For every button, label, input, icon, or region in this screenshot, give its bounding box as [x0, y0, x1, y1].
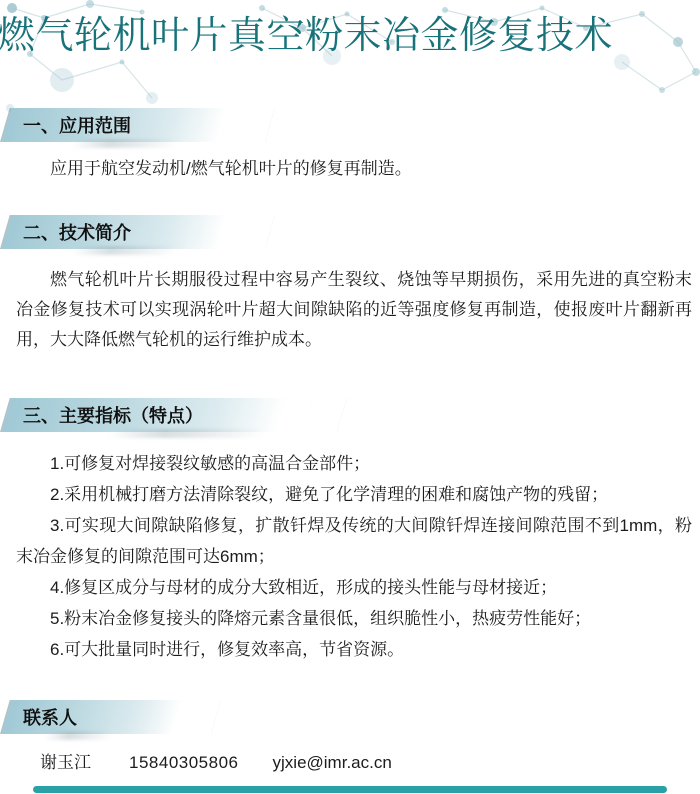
feature-item: 3.可实现大间隙缺陷修复，扩散钎焊及传统的大间隙钎焊连接间隙范围不到1mm，粉末… — [16, 510, 692, 572]
feature-item: 2.采用机械打磨方法清除裂纹，避免了化学清理的困难和腐蚀产物的残留； — [16, 479, 692, 510]
section-heading-label: 一、应用范围 — [23, 112, 131, 138]
tech-intro-text: 燃气轮机叶片长期服役过程中容易产生裂纹、烧蚀等早期损伤，采用先进的真空粉末冶金修… — [16, 265, 692, 355]
contact-row: 谢玉江 15840305806 yjxie@imr.ac.cn — [40, 751, 700, 775]
section-heading-contact: 联系人 — [0, 700, 91, 734]
section-heading-key-indicators: 三、主要指标（特点） — [0, 398, 217, 432]
feature-item: 4.修复区成分与母材的成分大致相近，形成的接头性能与母材接近； — [16, 572, 692, 603]
footer-accent-bar — [33, 786, 667, 793]
feature-list: 1.可修复对焊接裂纹敏感的高温合金部件； 2.采用机械打磨方法清除裂纹，避免了化… — [16, 448, 692, 665]
contact-name: 谢玉江 — [40, 751, 91, 775]
feature-item: 5.粉末冶金修复接头的降熔元素含量很低，组织脆性小，热疲劳性能好； — [16, 603, 692, 634]
section-heading-application-scope: 一、应用范围 — [0, 108, 145, 142]
section-heading-label: 三、主要指标（特点） — [23, 402, 203, 428]
contact-phone: 15840305806 — [129, 751, 239, 775]
feature-item: 6.可大批量同时进行，修复效率高，节省资源。 — [16, 634, 692, 665]
section-heading-label: 二、技术简介 — [23, 219, 131, 245]
section-heading-tech-intro: 二、技术简介 — [0, 215, 145, 249]
page-title: 燃气轮机叶片真空粉末冶金修复技术 — [0, 0, 700, 58]
section-heading-label: 联系人 — [23, 704, 77, 730]
contact-email: yjxie@imr.ac.cn — [273, 751, 392, 775]
feature-item: 1.可修复对焊接裂纹敏感的高温合金部件； — [16, 448, 692, 479]
application-scope-text: 应用于航空发动机/燃气轮机叶片的修复再制造。 — [16, 154, 690, 184]
